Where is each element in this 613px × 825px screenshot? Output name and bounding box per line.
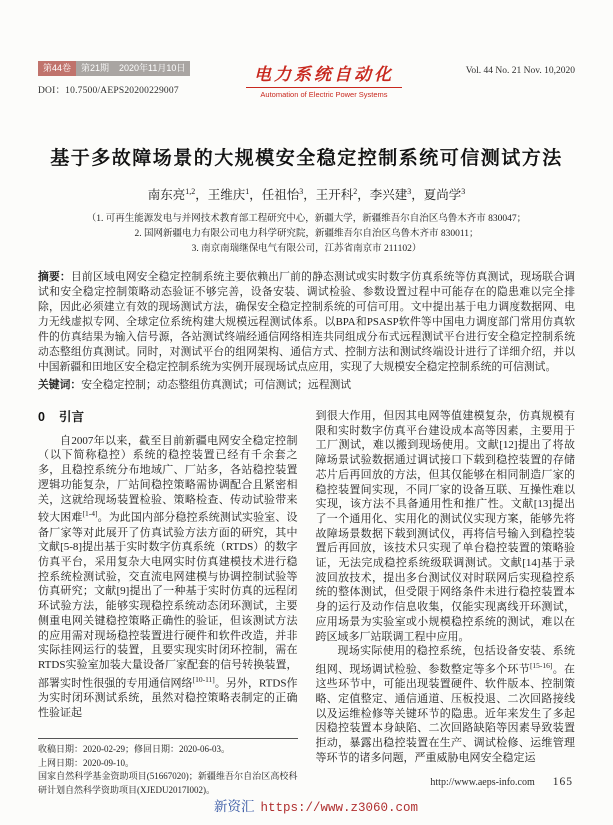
- footnote-block: 收稿日期：2020-02-29；修回日期：2020-06-03。 上网日期：20…: [38, 738, 298, 797]
- funding-line: 国家自然科学基金资助项目(51667020)；新疆维吾尔自治区高校科研计划自然科…: [38, 770, 298, 797]
- author-affil-sup: 1,2: [185, 187, 195, 196]
- citation-ref: [1-4]: [82, 509, 97, 518]
- volume-info-en: Vol. 44 No. 21 Nov. 10,2020: [415, 66, 575, 76]
- header-left: 第44卷 第21期 2020年11月10日 DOI：10.7500/AEPS20…: [38, 58, 233, 96]
- affiliation-line: （1. 可再生能源发电与并网技术教育部工程研究中心，新疆大学，新疆维吾尔自治区乌…: [38, 212, 575, 227]
- keywords-label: 关键词：: [38, 379, 81, 391]
- keywords: 关键词：安全稳定控制；动态整组仿真测试；可信测试；远程测试: [38, 378, 575, 393]
- issue-date: 2020年11月10日: [114, 61, 190, 76]
- volume-label: 第44卷: [38, 61, 76, 76]
- doi-text: DOI：10.7500/AEPS20200229007: [38, 82, 233, 96]
- journal-name-en: Automation of Electric Power Systems: [246, 90, 402, 99]
- abstract: 摘要：目前区域电网安全稳定控制系统主要依赖出厂前的静态测试或实时数字仿真系统等仿…: [38, 270, 575, 375]
- affiliation-line: 3. 南京南瑞继保电气有限公司，江苏省南京市 211102）: [38, 242, 575, 257]
- citation-ref: [10-11]: [193, 675, 215, 684]
- affiliations: （1. 可再生能源发电与并网技术教育部工程研究中心，新疆大学，新疆维吾尔自治区乌…: [38, 212, 575, 257]
- page-number: 165: [553, 776, 573, 788]
- watermark-site-name[interactable]: 新资汇: [214, 799, 255, 814]
- author-name: ，王维庆: [195, 188, 245, 202]
- site-watermark[interactable]: 新资汇https://www.z3060.com: [214, 795, 418, 815]
- body-paragraph: 现场实际使用的稳控系统，包括设备安装、系统组网、现场调试检验、参数整定等多个环节…: [316, 644, 576, 765]
- abstract-text: 目前区域电网安全稳定控制系统主要依赖出厂前的静态测试或实时数字仿真系统等仿真测试…: [38, 271, 575, 373]
- paper-page: 第44卷 第21期 2020年11月10日 DOI：10.7500/AEPS20…: [0, 0, 613, 825]
- issue-badge: 第44卷 第21期 2020年11月10日: [38, 61, 190, 76]
- paragraph-text: 。为此国内部分稳控系统测试实验室、设备厂家等对此展开了仿真试验方法方面的研究，其…: [38, 512, 298, 689]
- received-date-line: 收稿日期：2020-02-29；修回日期：2020-06-03。: [38, 743, 298, 757]
- author-name: 南东亮: [148, 188, 186, 202]
- section-heading-intro: 0引言: [38, 410, 298, 425]
- body-columns: 0引言 自2007年以来，截至目前新疆电网安全稳定控制（以下简称稳控）系统的稳控…: [38, 409, 575, 797]
- body-paragraph: 到很大作用，但因其电网等值建模复杂，仿真规模有限和实时数字仿真平台建设成本高等因…: [316, 409, 576, 644]
- citation-ref: [15-16]: [530, 661, 553, 670]
- journal-logo: 电力系统自动化 Automation of Electric Power Sys…: [246, 60, 402, 99]
- section-title: 引言: [59, 410, 84, 424]
- author-name: ，夏尚学: [411, 188, 461, 202]
- author-name: ，李兴建: [357, 188, 407, 202]
- author-affil-sup: 3: [461, 187, 465, 196]
- online-date-line: 上网日期：2020-09-10。: [38, 757, 298, 771]
- paragraph-text: 自2007年以来，截至目前新疆电网安全稳定控制（以下简称稳控）系统的稳控装置已经…: [38, 435, 298, 524]
- author-name: ，王开科: [303, 188, 353, 202]
- section-number: 0: [38, 410, 45, 424]
- author-line: 南东亮1,2，王维庆1，任祖怡3，王开科2，李兴建3，夏尚学3: [38, 185, 575, 203]
- affiliation-line: 2. 国网新疆电力有限公司电力科学研究院，新疆维吾尔自治区乌鲁木齐市 83001…: [38, 227, 575, 242]
- right-column: 到很大作用，但因其电网等值建模复杂，仿真规模有限和实时数字仿真平台建设成本高等因…: [316, 409, 576, 797]
- body-paragraph: 自2007年以来，截至目前新疆电网安全稳定控制（以下简称稳控）系统的稳控装置已经…: [38, 434, 298, 721]
- journal-header: 第44卷 第21期 2020年11月10日 DOI：10.7500/AEPS20…: [38, 0, 575, 99]
- left-column: 0引言 自2007年以来，截至目前新疆电网安全稳定控制（以下简称稳控）系统的稳控…: [38, 409, 298, 797]
- journal-url: http://www.aeps-info.com: [430, 777, 534, 788]
- page-footer: http://www.aeps-info.com165: [430, 776, 573, 788]
- author-name: ，任祖怡: [249, 188, 299, 202]
- abstract-label: 摘要：: [38, 271, 71, 283]
- journal-name-cn: 电力系统自动化: [246, 60, 402, 88]
- paragraph-text: 。在这些环节中，可能出现装置硬件、软件版本、控制策略、定值整定、通信通道、压板投…: [316, 664, 576, 764]
- paper-title: 基于多故障场景的大规模安全稳定控制系统可信测试方法: [38, 143, 575, 170]
- keywords-text: 安全稳定控制；动态整组仿真测试；可信测试；远程测试: [81, 379, 351, 391]
- issue-label: 第21期: [76, 61, 114, 76]
- watermark-url-link[interactable]: https://www.z3060.com: [261, 801, 419, 815]
